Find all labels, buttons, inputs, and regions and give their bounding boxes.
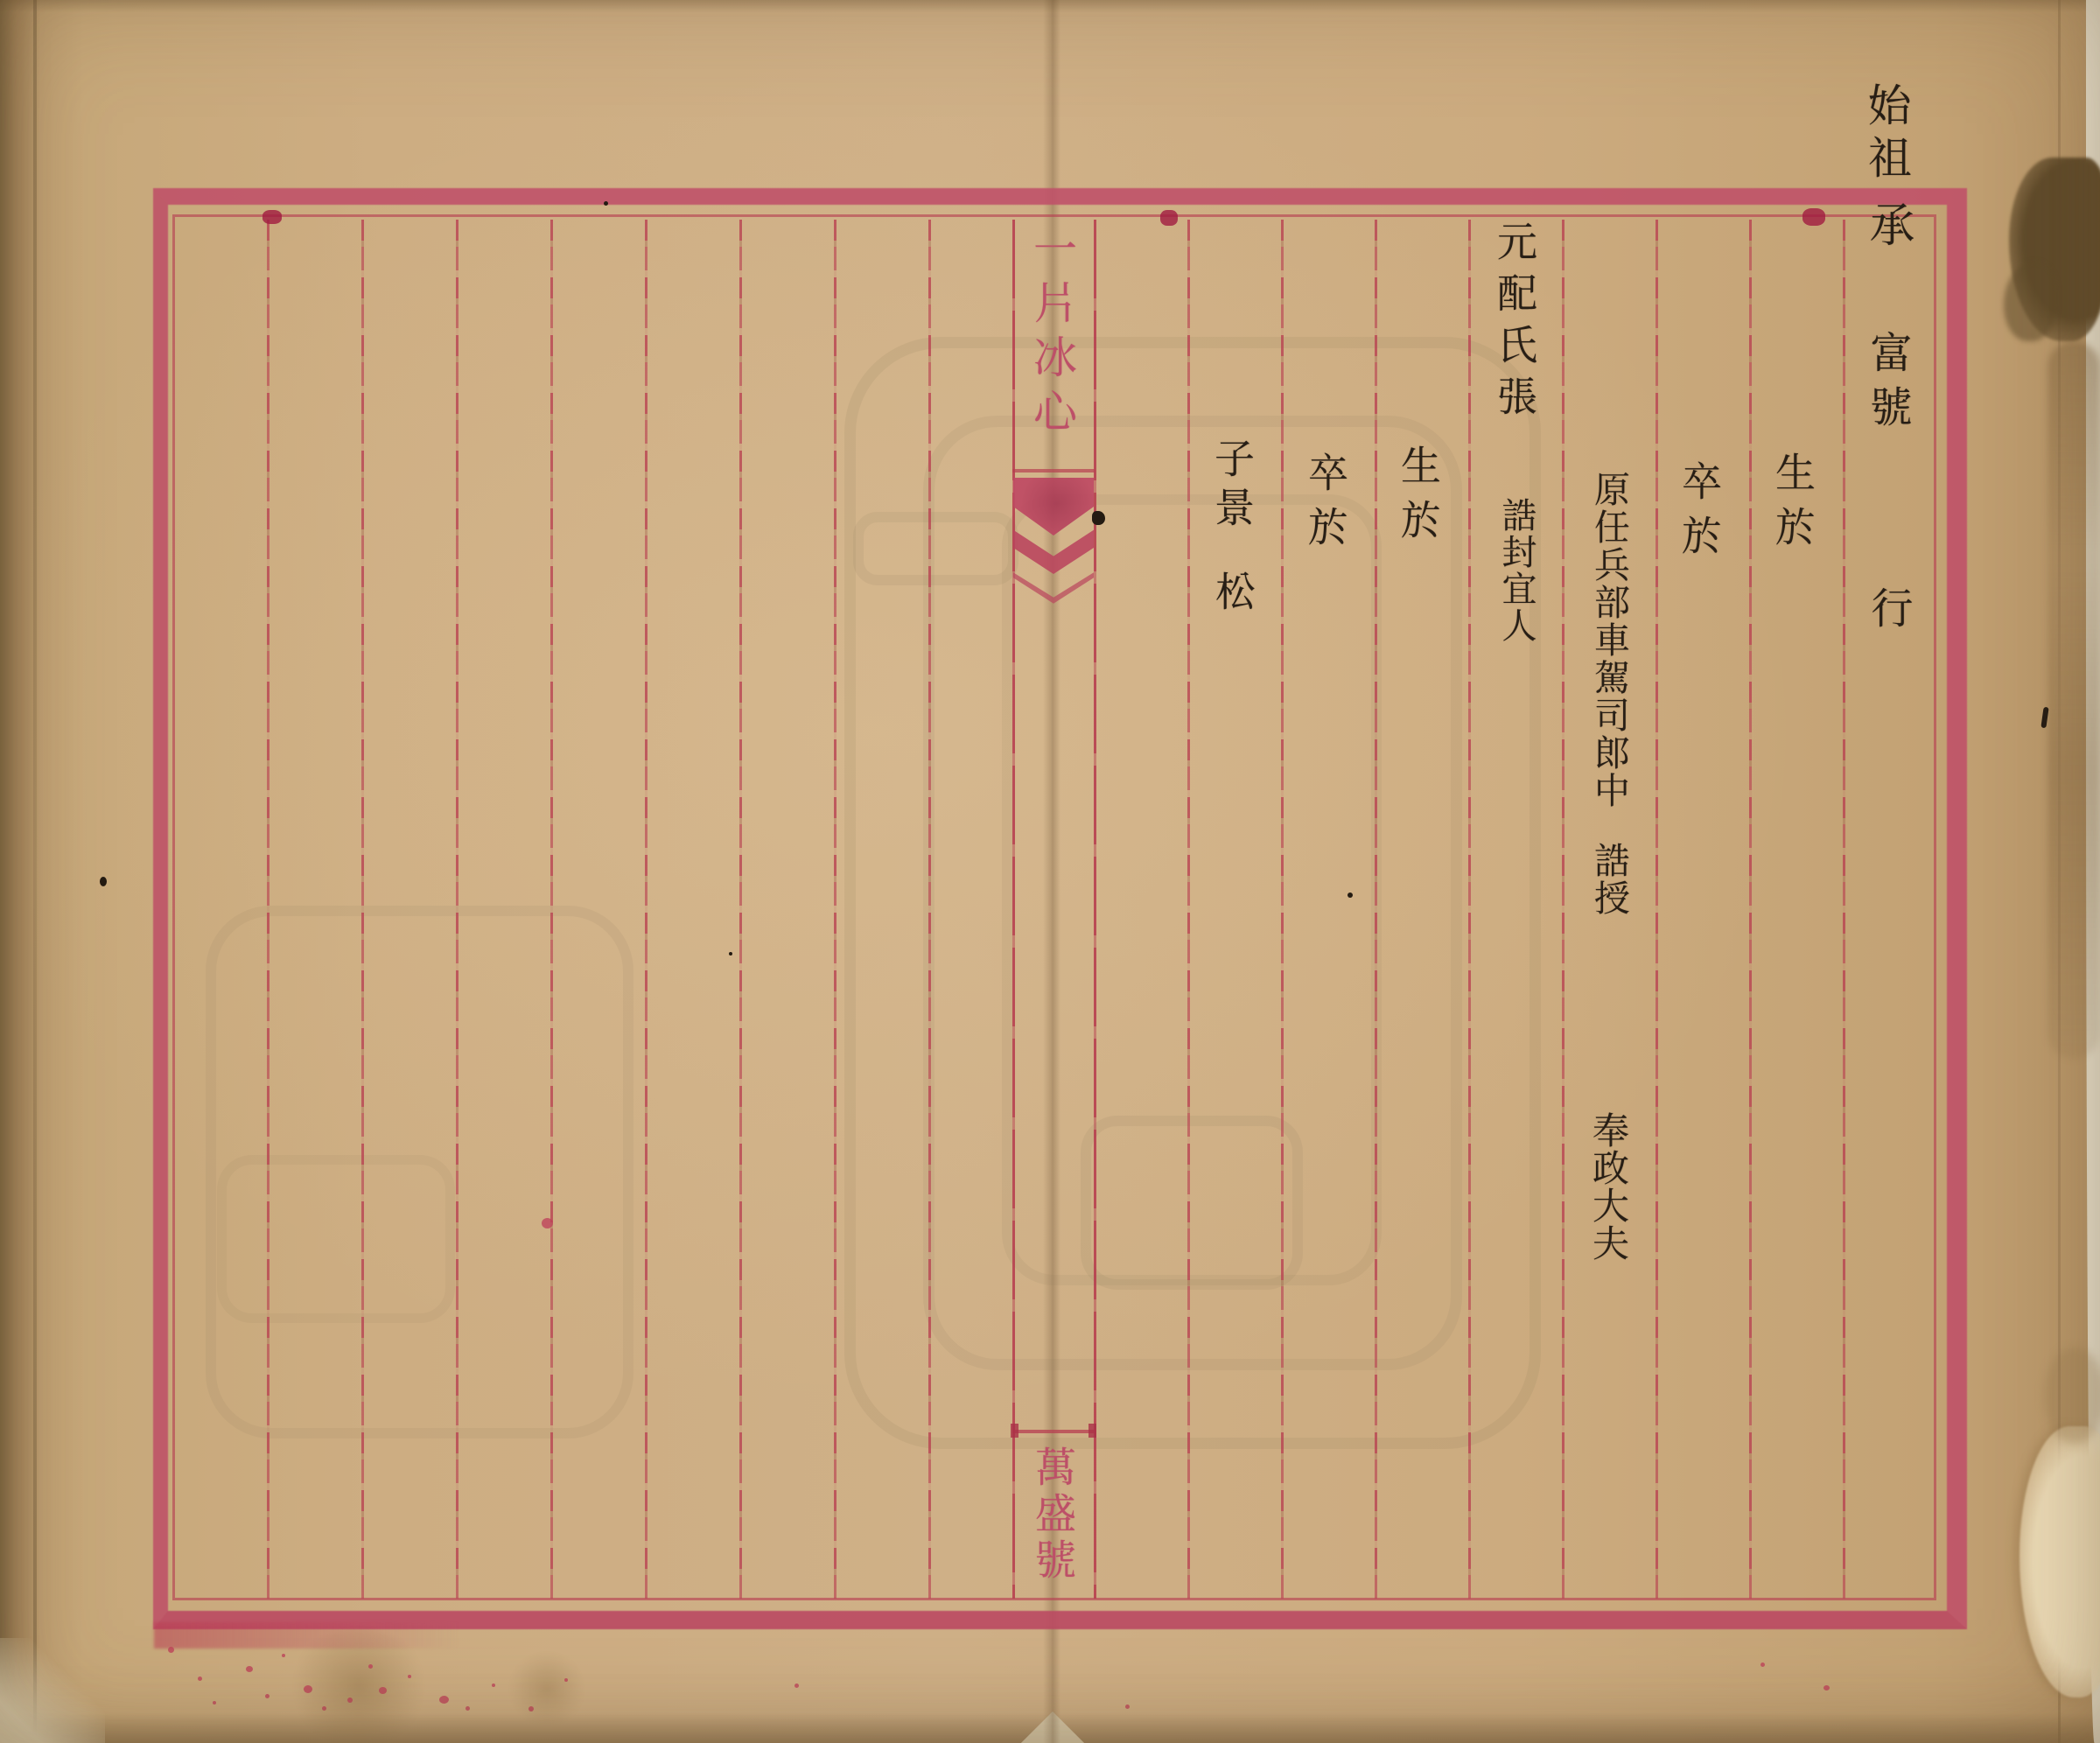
column-rule (834, 220, 836, 1599)
column-rule (1187, 220, 1190, 1599)
ancestor-rank-word: 行 (1867, 586, 1909, 628)
column-rule (1655, 220, 1658, 1599)
red-spatter-dot (198, 1676, 202, 1681)
column-rule (1375, 220, 1377, 1599)
ancestor-death-label: 卒於 (1679, 460, 1719, 569)
ancestor-name-suffix: 富號 (1866, 331, 1908, 439)
page-left-crease (33, 0, 37, 1743)
stain-top-right-drip (2004, 262, 2056, 341)
column-rule (550, 220, 553, 1599)
red-spatter-dot (465, 1706, 470, 1711)
wife-death-label: 卒於 (1305, 451, 1346, 560)
red-spatter-dot (282, 1654, 285, 1657)
ink-blot-on-rule (1802, 208, 1825, 226)
red-spatter-dot (528, 1706, 534, 1711)
ancestor-edict-word: 誥授 (1591, 842, 1627, 917)
wife-line: 元配氏張 (1494, 220, 1535, 427)
wife-honorific: 誥封宜人 (1499, 497, 1534, 644)
red-spatter-dot (265, 1694, 269, 1698)
wife-birth-label: 生於 (1398, 444, 1438, 553)
ink-blot-on-rule (262, 210, 282, 224)
column-rule (1843, 220, 1845, 1599)
son-line: 子景 (1212, 437, 1252, 535)
column-rule (1749, 220, 1752, 1599)
spine-bottom-bracket (1012, 1430, 1095, 1433)
ink-tick-right-margin (2040, 707, 2048, 729)
red-ink-dot-left-page (542, 1218, 553, 1228)
red-spatter-dot (379, 1687, 387, 1694)
spine-column-rule-right (1094, 220, 1096, 1599)
spine-divider-line (1012, 469, 1095, 472)
ink-speck (1347, 892, 1353, 898)
red-spatter-dot (408, 1675, 411, 1678)
red-spatter-dot (304, 1685, 312, 1693)
genealogy-register-scan: 一片冰心 萬盛號 始祖 承 富號 行 生於 卒於 原任兵部車駕司郎中 誥授 奉政… (0, 0, 2100, 1743)
printers-shop-mark: 萬盛號 (1032, 1445, 1073, 1585)
red-spatter-dot (794, 1683, 799, 1688)
son-name-rest: 松 (1213, 570, 1253, 611)
red-spatter-dot (322, 1706, 326, 1711)
ink-speck (729, 952, 732, 955)
ink-speck (604, 201, 608, 206)
adjacent-page-sliver (2086, 0, 2100, 1743)
page-right-boundary (2058, 0, 2061, 1743)
red-spatter-dot (439, 1696, 449, 1704)
column-rule (361, 220, 364, 1599)
column-rule (928, 220, 931, 1599)
column-rule (645, 220, 647, 1599)
ink-speck (100, 877, 107, 886)
ancestor-name: 承 (1865, 201, 1910, 247)
red-spatter-dot (1760, 1662, 1765, 1667)
spine-column-rule-left (1012, 220, 1015, 1599)
column-rule (267, 220, 269, 1599)
column-rule (739, 220, 742, 1599)
fly-speck-near-fishtail (1092, 511, 1105, 525)
ancestor-margin-label: 始祖 (1865, 82, 1908, 187)
red-spatter-dot (492, 1683, 495, 1687)
red-spatter-dot (213, 1701, 216, 1704)
red-spatter-dot (168, 1647, 174, 1653)
red-spatter-dot (564, 1678, 568, 1682)
ancestor-honorific-title: 奉政大夫 (1590, 1111, 1627, 1262)
red-spatter-dot (246, 1666, 253, 1672)
red-spatter-dot (368, 1664, 373, 1669)
ancestor-office-title: 原任兵部車駕司郎中 (1591, 471, 1627, 809)
column-rule (1281, 220, 1284, 1599)
column-rule (1562, 220, 1564, 1599)
spine-title: 一片冰心 (1030, 226, 1074, 443)
ink-blot-on-rule (1160, 210, 1178, 226)
red-spatter-dot (347, 1697, 353, 1703)
ancestor-birth-label: 生於 (1773, 451, 1813, 560)
red-spatter-dot (1823, 1685, 1830, 1690)
column-rule (1468, 220, 1471, 1599)
red-spatter-dot (1125, 1704, 1130, 1709)
bottom-left-corner-wear (0, 1638, 105, 1743)
column-rule (456, 220, 458, 1599)
